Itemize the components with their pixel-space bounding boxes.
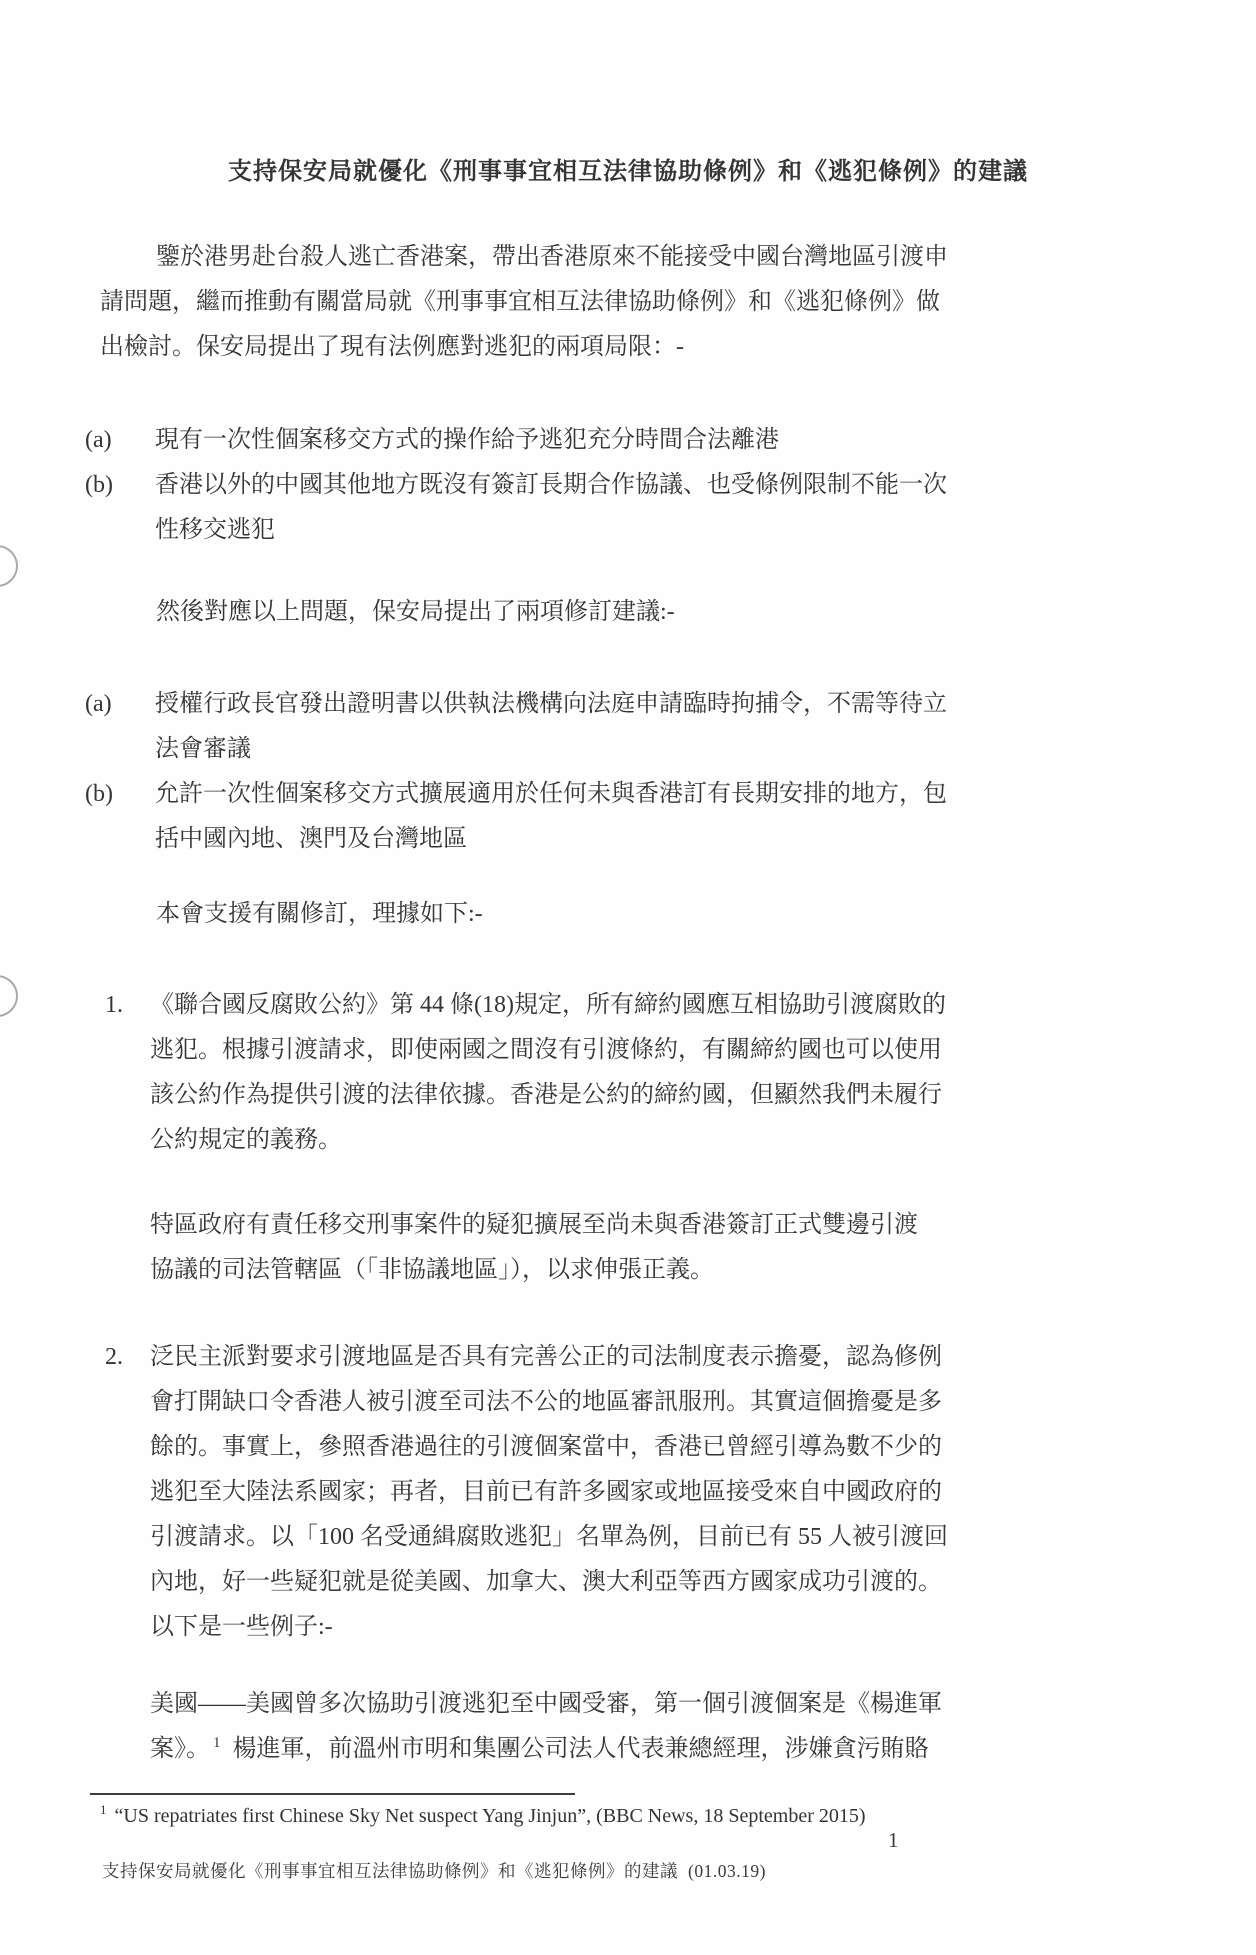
- document-content: 支持保安局就優化《刑事事宜相互法律協助條例》和《逃犯條例》的建議 鑒於港男赴台殺…: [0, 0, 1256, 1775]
- list-number: 1.: [105, 983, 150, 1163]
- list-marker: (a): [85, 682, 155, 772]
- proposals-list: (a) 授權行政長官發出證明書以供執法機構向法庭申請臨時拘捕令，不需等待立 法會…: [100, 682, 1156, 862]
- paragraph-line: 引渡請求。以「100 名受通緝腐敗逃犯」名單為例，目前已有 55 人被引渡回: [150, 1515, 1156, 1560]
- numbered-item-1: 1. 《聯合國反腐敗公約》第 44 條(18)規定，所有締約國應互相協助引渡腐敗…: [100, 983, 1156, 1163]
- paragraph-line: 內地，好一些疑犯就是從美國、加拿大、澳大利亞等西方國家成功引渡的。: [150, 1560, 1156, 1605]
- paragraph-line: 美國——美國曾多次協助引渡逃犯至中國受審，第一個引渡個案是《楊進軍: [150, 1682, 1156, 1727]
- paragraph-line: 性移交逃犯: [155, 508, 1156, 553]
- list-marker: (a): [85, 418, 155, 463]
- paragraph-line: 逃犯。根據引渡請求，即使兩國之間沒有引渡條約，有關締約國也可以使用: [150, 1028, 1156, 1073]
- list-item-b: (b) 允許一次性個案移交方式擴展適用於任何未與香港訂有長期安排的地方，包 括中…: [85, 772, 1156, 862]
- list-item-text: 香港以外的中國其他地方既沒有簽訂長期合作協議、也受條例限制不能一次 性移交逃犯: [155, 463, 1156, 553]
- footer-title: 支持保安局就優化《刑事事宜相互法律協助條例》和《逃犯條例》的建議: [102, 1861, 678, 1881]
- paragraph-line: 以下是一些例子:-: [150, 1605, 1156, 1650]
- numbered-item-2: 2. 泛民主派對要求引渡地區是否具有完善公正的司法制度表示擔憂，認為修例 會打開…: [100, 1335, 1156, 1650]
- list-item-text: 授權行政長官發出證明書以供執法機構向法庭申請臨時拘捕令，不需等待立 法會審議: [155, 682, 1156, 772]
- usa-example-paragraph: 美國——美國曾多次協助引渡逃犯至中國受審，第一個引渡個案是《楊進軍 案》。1楊進…: [100, 1682, 1156, 1775]
- paragraph-line: 括中國內地、澳門及台灣地區: [155, 817, 1156, 862]
- paragraph-text: 案》。: [150, 1736, 210, 1762]
- list-item-b: (b) 香港以外的中國其他地方既沒有簽訂長期合作協議、也受條例限制不能一次 性移…: [85, 463, 1156, 553]
- paragraph-line: 餘的。事實上，參照香港過往的引渡個案當中，香港已曾經引導為數不少的: [150, 1425, 1156, 1470]
- list-item-text: 允許一次性個案移交方式擴展適用於任何未與香港訂有長期安排的地方，包 括中國內地、…: [155, 772, 1156, 862]
- list-item-text: 《聯合國反腐敗公約》第 44 條(18)規定，所有締約國應互相協助引渡腐敗的 逃…: [150, 983, 1156, 1163]
- document-page: 支持保安局就優化《刑事事宜相互法律協助條例》和《逃犯條例》的建議 鑒於港男赴台殺…: [0, 0, 1256, 1955]
- paragraph-line: 逃犯至大陸法系國家；再者，目前已有許多國家或地區接受來自中國政府的: [150, 1470, 1156, 1515]
- limitations-list: (a) 現有一次性個案移交方式的操作給予逃犯充分時間合法離港 (b) 香港以外的…: [100, 418, 1156, 553]
- paragraph-line: 會打開缺口令香港人被引渡至司法不公的地區審訊服刑。其實這個擔憂是多: [150, 1380, 1156, 1425]
- footer-date: (01.03.19): [688, 1861, 766, 1881]
- point1-sub-paragraph: 特區政府有責任移交刑事案件的疑犯擴展至尚未與香港簽訂正式雙邊引渡 協議的司法管轄…: [100, 1203, 1156, 1293]
- list-item-a: (a) 授權行政長官發出證明書以供執法機構向法庭申請臨時拘捕令，不需等待立 法會…: [85, 682, 1156, 772]
- paragraph-line: 授權行政長官發出證明書以供執法機構向法庭申請臨時拘捕令，不需等待立: [155, 682, 1156, 727]
- page-number: 1: [888, 1828, 899, 1853]
- paragraph-line: 特區政府有責任移交刑事案件的疑犯擴展至尚未與香港簽訂正式雙邊引渡: [150, 1203, 1156, 1248]
- list-marker: (b): [85, 772, 155, 862]
- paragraph-line: 案》。1楊進軍，前溫州市明和集團公司法人代表兼總經理，涉嫌貪污賄賂: [150, 1727, 1156, 1775]
- footnote-number: 1: [100, 1802, 107, 1817]
- paragraph-line: 請問題，繼而推動有關當局就《刑事事宜相互法律協助條例》和《逃犯條例》做: [100, 280, 1156, 325]
- list-marker: (b): [85, 463, 155, 553]
- document-title: 支持保安局就優化《刑事事宜相互法律協助條例》和《逃犯條例》的建議: [100, 150, 1156, 195]
- paragraph-line: 允許一次性個案移交方式擴展適用於任何未與香港訂有長期安排的地方，包: [155, 772, 1156, 817]
- document-footer: 支持保安局就優化《刑事事宜相互法律協助條例》和《逃犯條例》的建議(01.03.1…: [102, 1858, 766, 1883]
- paragraph-line: 鑒於港男赴台殺人逃亡香港案，帶出香港原來不能接受中國台灣地區引渡申: [100, 235, 1156, 280]
- list-item-a: (a) 現有一次性個案移交方式的操作給予逃犯充分時間合法離港: [85, 418, 1156, 463]
- footnote-text: “US repatriates first Chinese Sky Net su…: [115, 1805, 866, 1827]
- list-item-text: 現有一次性個案移交方式的操作給予逃犯充分時間合法離港: [155, 418, 1156, 463]
- footnote-separator: [90, 1793, 575, 1795]
- paragraph-line: 該公約作為提供引渡的法律依據。香港是公約的締約國，但顯然我們未履行: [150, 1073, 1156, 1118]
- paragraph-line: 然後對應以上問題，保安局提出了兩項修訂建議:-: [100, 590, 1156, 635]
- intro-paragraph: 鑒於港男赴台殺人逃亡香港案，帶出香港原來不能接受中國台灣地區引渡申 請問題，繼而…: [100, 235, 1156, 370]
- footnote-reference: 1: [213, 1735, 221, 1751]
- list-number: 2.: [105, 1335, 150, 1650]
- paragraph-line: 法會審議: [155, 727, 1156, 772]
- paragraph-line: 香港以外的中國其他地方既沒有簽訂長期合作協議、也受條例限制不能一次: [155, 472, 947, 498]
- paragraph-line: 《聯合國反腐敗公約》第 44 條(18)規定，所有締約國應互相協助引渡腐敗的: [150, 983, 1156, 1028]
- paragraph-line: 公約規定的義務。: [150, 1118, 1156, 1163]
- list-item-text: 泛民主派對要求引渡地區是否具有完善公正的司法制度表示擔憂，認為修例 會打開缺口令…: [150, 1335, 1156, 1650]
- paragraph-line: 協議的司法管轄區（「非協議地區」），以求伸張正義。: [150, 1248, 1156, 1293]
- support-paragraph: 本會支援有關修訂，理據如下:-: [100, 892, 1156, 937]
- footnote: 1“US repatriates first Chinese Sky Net s…: [100, 1800, 866, 1834]
- paragraph-line: 本會支援有關修訂，理據如下:-: [100, 892, 1156, 937]
- paragraph-text: 楊進軍，前溫州市明和集團公司法人代表兼總經理，涉嫌貪污賄賂: [233, 1736, 929, 1762]
- transition-paragraph: 然後對應以上問題，保安局提出了兩項修訂建議:-: [100, 590, 1156, 635]
- paragraph-line: 出檢討。保安局提出了現有法例應對逃犯的兩項局限：-: [100, 325, 1156, 370]
- paragraph-line: 泛民主派對要求引渡地區是否具有完善公正的司法制度表示擔憂，認為修例: [150, 1335, 1156, 1380]
